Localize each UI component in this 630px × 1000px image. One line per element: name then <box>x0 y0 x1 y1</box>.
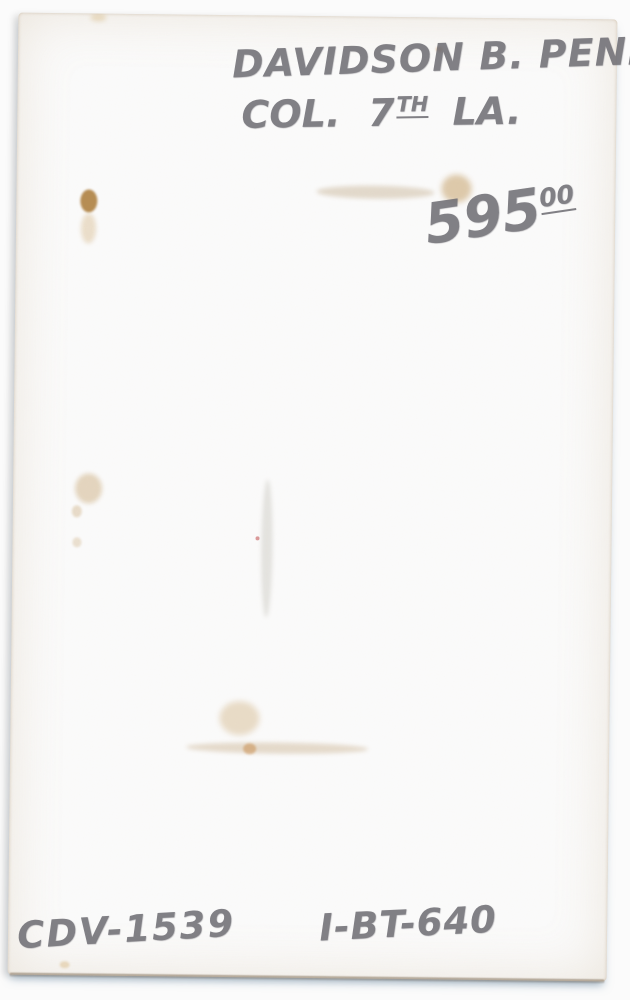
stain-blotch-mid-left <box>75 473 102 503</box>
cdv-card-back: DAVIDSON B. PENN COL.7THLA. 59500 CDV-15… <box>8 13 618 982</box>
speck-red-center <box>256 536 260 540</box>
stain-top-edge <box>90 13 106 21</box>
catalog-right-text: I-BT-640 <box>318 898 498 950</box>
unit-ordinal: TH <box>396 94 428 118</box>
unit-suffix: LA. <box>452 89 521 134</box>
stain-layer <box>8 13 618 982</box>
unit-inscription: COL.7THLA. <box>241 89 521 137</box>
stain-blotch-lower-center <box>219 701 259 735</box>
catalog-number-right: I-BT-640 <box>318 898 498 950</box>
smudge-vertical-center <box>261 479 274 617</box>
unit-number: 7 <box>368 91 395 135</box>
price-cents: 00 <box>537 182 576 215</box>
stain-spot-upper-left <box>80 189 97 212</box>
photo-backdrop: DAVIDSON B. PENN COL.7THLA. 59500 CDV-15… <box>0 0 630 1000</box>
stain-dot-lower <box>243 743 256 754</box>
stain-dot-mid-left-2 <box>72 537 81 547</box>
speck-bottom-edge <box>60 961 70 968</box>
stain-tail-upper-left <box>81 213 96 243</box>
unit-prefix: COL. <box>241 91 340 136</box>
stain-streak-lower <box>186 742 368 755</box>
stain-streak-top <box>316 185 434 199</box>
stain-dot-mid-left-1 <box>72 505 82 517</box>
